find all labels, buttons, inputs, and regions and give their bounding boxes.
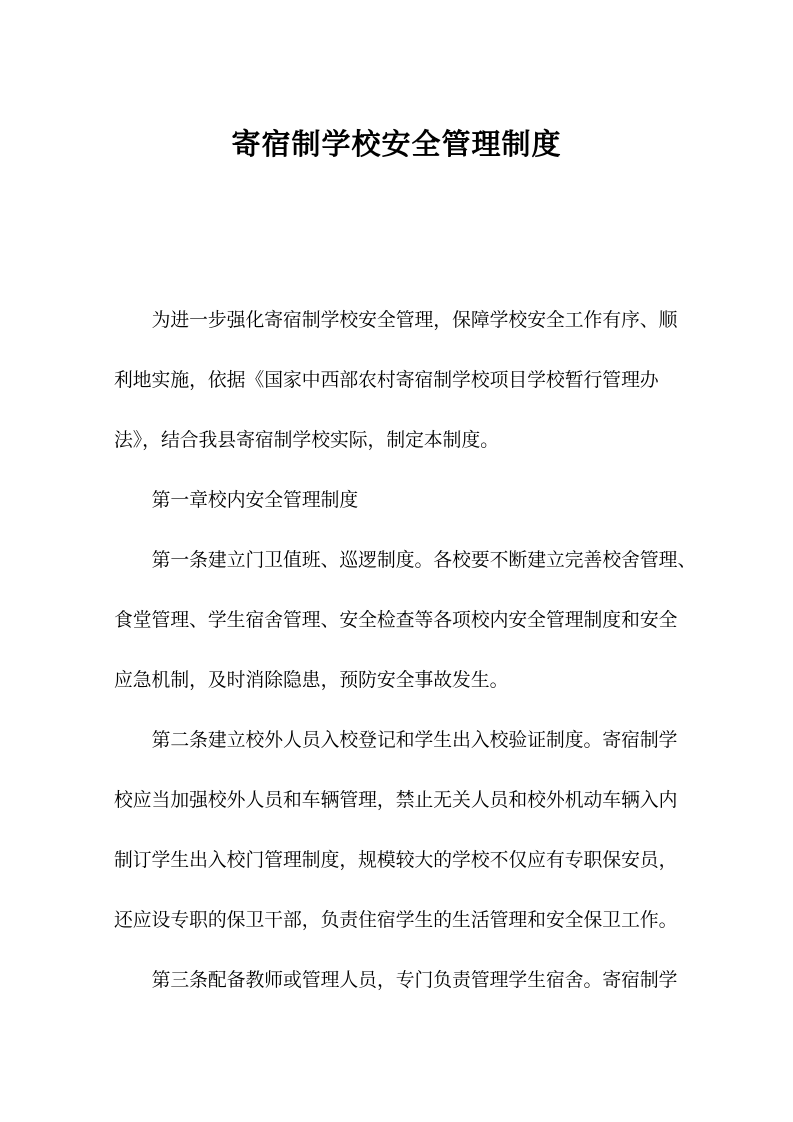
text-line: 第二条建立校外人员入校登记和学生出入校验证制度。寄宿制学 — [114, 710, 679, 770]
text-line: 食堂管理、学生宿舍管理、安全检查等各项校内安全管理制度和安全 — [114, 590, 679, 650]
document-body: 为进一步强化寄宿制学校安全管理，保障学校安全工作有序、顺 利地实施，依据《国家中… — [114, 290, 679, 1010]
chapter-heading-line: 第一章校内安全管理制度 — [114, 470, 679, 530]
document-page: 寄宿制学校安全管理制度 为进一步强化寄宿制学校安全管理，保障学校安全工作有序、顺… — [0, 0, 793, 1122]
text-line: 法》，结合我县寄宿制学校实际，制定本制度。 — [114, 410, 679, 470]
text-line: 制订学生出入校门管理制度，规模较大的学校不仅应有专职保安员， — [114, 830, 679, 890]
text-line: 第三条配备教师或管理人员，专门负责管理学生宿舍。寄宿制学 — [114, 950, 679, 1010]
text-line: 应急机制，及时消除隐患，预防安全事故发生。 — [114, 650, 679, 710]
text-line: 第一条建立门卫值班、巡逻制度。各校要不断建立完善校舍管理、 — [114, 530, 679, 590]
text-line: 利地实施，依据《国家中西部农村寄宿制学校项目学校暂行管理办 — [114, 350, 679, 410]
text-line: 为进一步强化寄宿制学校安全管理，保障学校安全工作有序、顺 — [114, 290, 679, 350]
document-title: 寄宿制学校安全管理制度 — [0, 126, 793, 164]
text-line: 校应当加强校外人员和车辆管理，禁止无关人员和校外机动车辆入内 — [114, 770, 679, 830]
text-line: 还应设专职的保卫干部，负责住宿学生的生活管理和安全保卫工作。 — [114, 890, 679, 950]
